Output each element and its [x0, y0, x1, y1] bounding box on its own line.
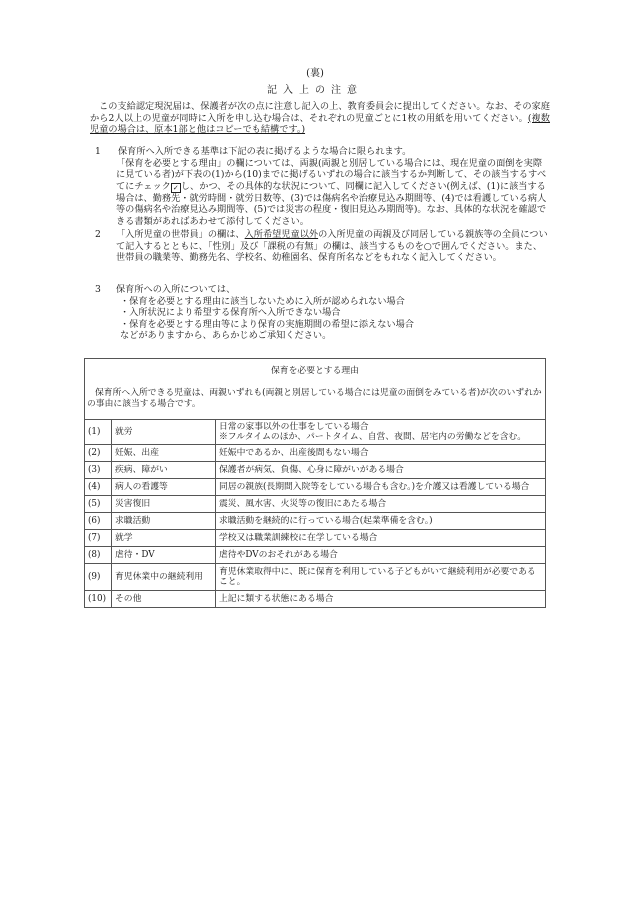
- table-row: (3) 疾病、障がい 保護者が病気、負傷、心身に障がいがある場合: [85, 462, 546, 479]
- table-row: (1) 就労 日常の家事以外の仕事をしている場合※フルタイムのほか、パートタイム…: [85, 420, 546, 445]
- table-row: (4) 病人の看護等 同居の親族(長期間入院等をしている場合も含む。)を介護又は…: [85, 479, 546, 496]
- table-row: (6) 求職活動 求職活動を継続的に行っている場合(起業準備を含む。): [85, 513, 546, 530]
- row-detail: 求職活動を継続的に行っている場合(起業準備を含む。): [216, 513, 546, 530]
- row-reason: その他: [112, 591, 216, 608]
- row-reason: 病人の看護等: [112, 479, 216, 496]
- row-number: (3): [85, 462, 112, 479]
- note-number: 3: [95, 284, 113, 296]
- row-number: (10): [85, 591, 112, 608]
- row-detail: 妊娠中であるか、出産後間もない場合: [216, 445, 546, 462]
- reasons-table: 保育を必要とする理由 保育所へ入所できる児童は、両親いずれも(両親と別居している…: [84, 358, 546, 608]
- row-reason: 就学: [112, 530, 216, 547]
- row-number: (2): [85, 445, 112, 462]
- table-row: (7) 就学 学校又は職業訓練校に在学している場合: [85, 530, 546, 547]
- note-3-bullet: ・入所状況により希望する保育所へ入所できない場合: [116, 307, 550, 319]
- row-number: (6): [85, 513, 112, 530]
- row-reason: 求職活動: [112, 513, 216, 530]
- row-number: (5): [85, 496, 112, 513]
- note-2-part-1: 「入所児童の世帯員」の欄は、: [116, 229, 245, 240]
- table-row: (9) 育児休業中の継続利用 育児休業取得中に、既に保育を利用している子どもがい…: [85, 564, 546, 591]
- note-number: 2: [95, 229, 113, 241]
- page-side-marker: (裏): [0, 64, 630, 79]
- row-detail: 同居の親族(長期間入院等をしている場合も含む。)を介護又は看護している場合: [216, 479, 546, 496]
- table-row: (10) その他 上記に類する状態にある場合: [85, 591, 546, 608]
- note-3-bullet: ・保育を必要とする理由に該当しないために入所が認められない場合: [116, 296, 550, 308]
- row-detail-line: 日常の家事以外の仕事をしている場合: [219, 422, 542, 433]
- intro-text: この支給認定現況届は、保護者が次の点に注意し記入の上、教育委員会に提出してくださ…: [90, 101, 550, 124]
- row-reason: 就労: [112, 420, 216, 445]
- intro-paragraph: この支給認定現況届は、保護者が次の点に注意し記入の上、教育委員会に提出してくださ…: [90, 101, 550, 136]
- row-detail: 日常の家事以外の仕事をしている場合※フルタイムのほか、パートタイム、自営、夜間、…: [216, 420, 546, 445]
- row-detail: 上記に類する状態にある場合: [216, 591, 546, 608]
- document-page: (裏) 記入上の注意 この支給認定現況届は、保護者が次の点に注意し記入の上、教育…: [0, 0, 630, 903]
- row-detail: 虐待やDVのおそれがある場合: [216, 547, 546, 564]
- table-header-cell: 保育を必要とする理由 保育所へ入所できる児童は、両親いずれも(両親と別居している…: [85, 359, 546, 420]
- row-reason: 育児休業中の継続利用: [112, 564, 216, 591]
- row-detail: 震災、風水害、火災等の復旧にあたる場合: [216, 496, 546, 513]
- table-title: 保育を必要とする理由: [85, 366, 545, 377]
- row-number: (8): [85, 547, 112, 564]
- table-row: (5) 災害復旧 震災、風水害、火災等の復旧にあたる場合: [85, 496, 546, 513]
- row-detail: 保護者が病気、負傷、心身に障がいがある場合: [216, 462, 546, 479]
- row-reason: 妊娠、出産: [112, 445, 216, 462]
- row-detail: 育児休業取得中に、既に保育を利用している子どもがいて継続利用が必要であること。: [216, 564, 546, 591]
- note-1-line-2: 「保育を必要とする理由」の欄については、両親(両親と別居している場合には、現在児…: [116, 158, 550, 228]
- row-detail: 学校又は職業訓練校に在学している場合: [216, 530, 546, 547]
- note-3-closing: などがありますから、あらかじめご承知ください。: [116, 330, 550, 342]
- row-number: (7): [85, 530, 112, 547]
- table-row: (2) 妊娠、出産 妊娠中であるか、出産後間もない場合: [85, 445, 546, 462]
- table-header-row: 保育を必要とする理由 保育所へ入所できる児童は、両親いずれも(両親と別居している…: [85, 359, 546, 420]
- row-reason: 疾病、障がい: [112, 462, 216, 479]
- row-number: (9): [85, 564, 112, 591]
- page-title: 記入上の注意: [0, 81, 630, 96]
- note-3: 3 保育所への入所については、 ・保育を必要とする理由に該当しないために入所が認…: [95, 284, 550, 342]
- table-row: (8) 虐待・DV 虐待やDVのおそれがある場合: [85, 547, 546, 564]
- note-2-text: 「入所児童の世帯員」の欄は、入所希望児童以外の入所児童の両親及び同居している親族…: [116, 229, 550, 264]
- table-description: 保育所へ入所できる児童は、両親いずれも(両親と別居している場合には児童の面倒をみ…: [85, 388, 545, 411]
- note-1-text-b: し、かつ、その具体的な状況について、同欄に記入してください(例えば、(1)に該当…: [116, 181, 546, 227]
- row-reason: 虐待・DV: [112, 547, 216, 564]
- row-number: (4): [85, 479, 112, 496]
- note-1-line-1: 保育所へ入所できる基準は下記の表に掲げるような場合に限られます。: [116, 146, 550, 158]
- note-3-bullet: ・保育を必要とする理由等により保育の実施期間の希望に添えない場合: [116, 319, 550, 331]
- note-1: 1 保育所へ入所できる基準は下記の表に掲げるような場合に限られます。 「保育を必…: [95, 146, 550, 227]
- note-2-underlined: 入所希望児童以外: [245, 229, 319, 240]
- row-detail-note: ※フルタイムのほか、パートタイム、自営、夜間、居宅内の労働などを含む。: [219, 432, 542, 443]
- row-number: (1): [85, 420, 112, 445]
- row-reason: 災害復旧: [112, 496, 216, 513]
- note-number: 1: [95, 146, 113, 158]
- note-2: 2 「入所児童の世帯員」の欄は、入所希望児童以外の入所児童の両親及び同居している…: [95, 229, 550, 264]
- note-3-lead: 保育所への入所については、: [116, 284, 550, 296]
- checkbox-checked-icon: ✓: [171, 183, 181, 193]
